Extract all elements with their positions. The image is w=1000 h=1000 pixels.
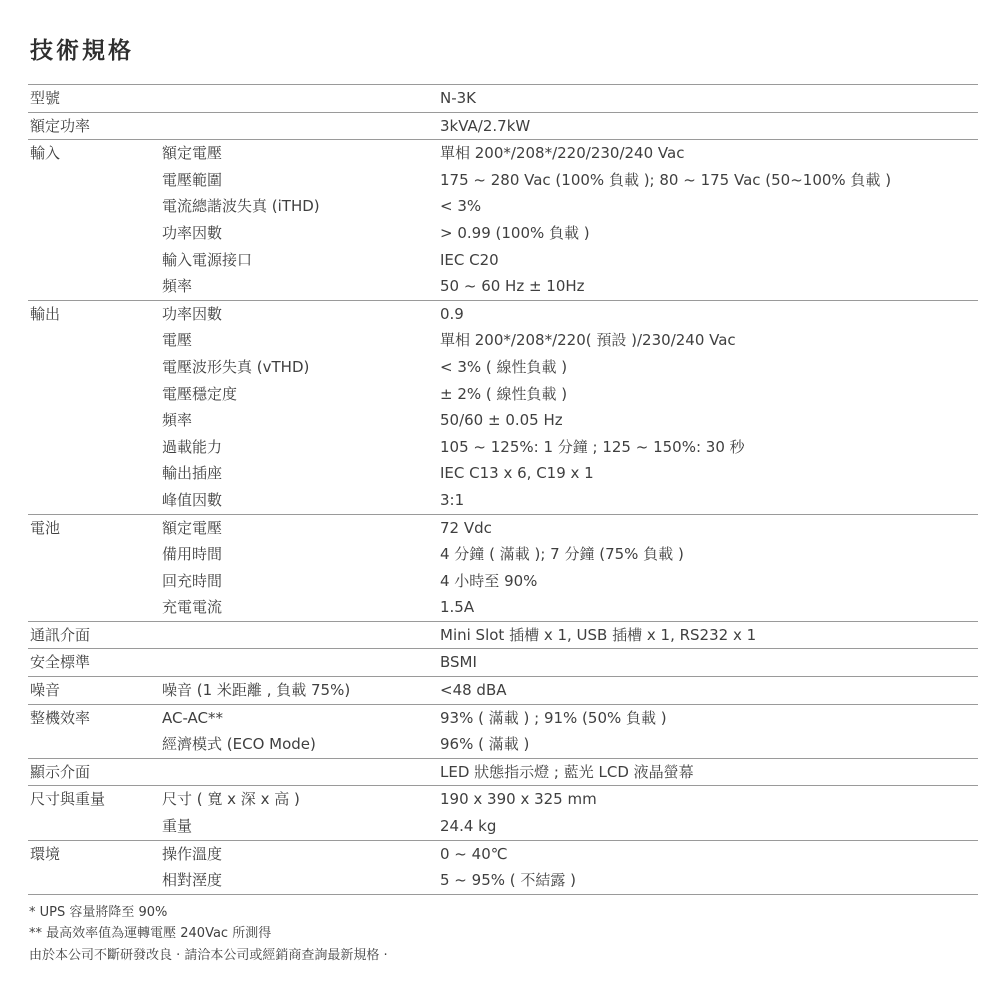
spec-value: <48 dBA [440,677,978,704]
spec-row: 通訊介面Mini Slot 插槽 x 1, USB 插槽 x 1, RS232 … [28,622,978,650]
spec-value: 單相 200*/208*/220( 預設 )/230/240 Vac [440,327,978,354]
spec-value: N-3K [440,85,978,112]
spec-item: 輸入電源接口IEC C20 [162,247,978,274]
footnote: 由於本公司不斷研發改良 · 請洽本公司或經銷商查詢最新規格 · [29,945,978,967]
spec-label: 電壓波形失真 (vTHD) [162,354,440,381]
spec-row: 型號N-3K [28,85,978,113]
spec-row: 額定功率3kVA/2.7kW [28,113,978,141]
row-items: BSMI [162,649,978,676]
spec-item: 電壓單相 200*/208*/220( 預設 )/230/240 Vac [162,327,978,354]
spec-row: 環境操作溫度0 ~ 40℃相對溼度5 ~ 95% ( 不結露 ) [28,841,978,895]
spec-item: 相對溼度5 ~ 95% ( 不結露 ) [162,867,978,894]
spec-item: 回充時間4 小時至 90% [162,568,978,595]
spec-row: 電池額定電壓72 Vdc備用時間4 分鐘 ( 滿載 ); 7 分鐘 (75% 負… [28,515,978,622]
spec-label: 額定電壓 [162,515,440,542]
spec-value: 單相 200*/208*/220/230/240 Vac [440,140,978,167]
spec-label: 功率因數 [162,220,440,247]
spec-item: 充電電流1.5A [162,594,978,621]
spec-label: 尺寸 ( 寬 x 深 x 高 ) [162,786,440,813]
spec-label [162,113,440,140]
row-items: 額定電壓72 Vdc備用時間4 分鐘 ( 滿載 ); 7 分鐘 (75% 負載 … [162,515,978,621]
row-category: 通訊介面 [28,622,162,649]
spec-value: 0 ~ 40℃ [440,841,978,868]
spec-table: 型號N-3K額定功率3kVA/2.7kW輸入額定電壓單相 200*/208*/2… [28,84,978,895]
row-category: 輸出 [28,301,162,514]
spec-item: 電壓範圍175 ~ 280 Vac (100% 負載 ); 80 ~ 175 V… [162,167,978,194]
spec-item: 3kVA/2.7kW [162,113,978,140]
spec-row: 噪音噪音 (1 米距離 , 負載 75%)<48 dBA [28,677,978,705]
spec-value: < 3% [440,193,978,220]
footnote: ** 最高效率值為運轉電壓 240Vac 所測得 [29,923,978,945]
spec-row: 輸出功率因數0.9電壓單相 200*/208*/220( 預設 )/230/24… [28,301,978,515]
spec-value: > 0.99 (100% 負載 ) [440,220,978,247]
spec-label: 相對溼度 [162,867,440,894]
spec-item: 功率因數0.9 [162,301,978,328]
spec-label: 回充時間 [162,568,440,595]
spec-item: 重量24.4 kg [162,813,978,840]
spec-value: 24.4 kg [440,813,978,840]
row-category: 安全標準 [28,649,162,676]
spec-label: 噪音 (1 米距離 , 負載 75%) [162,677,440,704]
spec-item: 額定電壓72 Vdc [162,515,978,542]
row-category: 輸入 [28,140,162,300]
spec-value: 3:1 [440,487,978,514]
spec-row: 尺寸與重量尺寸 ( 寬 x 深 x 高 )190 x 390 x 325 mm重… [28,786,978,840]
spec-label: 經濟模式 (ECO Mode) [162,731,440,758]
spec-item: 峰值因數3:1 [162,487,978,514]
row-category: 尺寸與重量 [28,786,162,839]
spec-value: 175 ~ 280 Vac (100% 負載 ); 80 ~ 175 Vac (… [440,167,978,194]
spec-label: 電壓範圍 [162,167,440,194]
spec-item: 頻率50/60 ± 0.05 Hz [162,407,978,434]
spec-item: 輸出插座IEC C13 x 6, C19 x 1 [162,460,978,487]
row-items: Mini Slot 插槽 x 1, USB 插槽 x 1, RS232 x 1 [162,622,978,649]
spec-label: 備用時間 [162,541,440,568]
row-category: 額定功率 [28,113,162,140]
spec-page: 技術規格 型號N-3K額定功率3kVA/2.7kW輸入額定電壓單相 200*/2… [0,0,1000,966]
row-category: 顯示介面 [28,759,162,786]
row-items: 噪音 (1 米距離 , 負載 75%)<48 dBA [162,677,978,704]
spec-value: LED 狀態指示燈 ; 藍光 LCD 液晶螢幕 [440,759,978,786]
spec-value: 93% ( 滿載 ) ; 91% (50% 負載 ) [440,705,978,732]
row-category: 環境 [28,841,162,894]
spec-label [162,85,440,112]
spec-item: 功率因數> 0.99 (100% 負載 ) [162,220,978,247]
spec-item: 噪音 (1 米距離 , 負載 75%)<48 dBA [162,677,978,704]
footnote: * UPS 容量將降至 90% [29,902,978,924]
spec-row: 輸入額定電壓單相 200*/208*/220/230/240 Vac電壓範圍17… [28,140,978,301]
spec-row: 安全標準BSMI [28,649,978,677]
spec-item: 電壓波形失真 (vTHD)< 3% ( 線性負載 ) [162,354,978,381]
spec-item: 頻率50 ~ 60 Hz ± 10Hz [162,273,978,300]
row-category: 電池 [28,515,162,621]
spec-value: 3kVA/2.7kW [440,113,978,140]
row-items: 3kVA/2.7kW [162,113,978,140]
spec-label: 充電電流 [162,594,440,621]
row-items: 功率因數0.9電壓單相 200*/208*/220( 預設 )/230/240 … [162,301,978,514]
spec-label: 電壓 [162,327,440,354]
spec-value: 1.5A [440,594,978,621]
spec-value: Mini Slot 插槽 x 1, USB 插槽 x 1, RS232 x 1 [440,622,978,649]
spec-label: 輸出插座 [162,460,440,487]
spec-label [162,622,440,649]
spec-label: 操作溫度 [162,841,440,868]
spec-value: 0.9 [440,301,978,328]
spec-value: 105 ~ 125%: 1 分鐘 ; 125 ~ 150%: 30 秒 [440,434,978,461]
spec-item: 備用時間4 分鐘 ( 滿載 ); 7 分鐘 (75% 負載 ) [162,541,978,568]
spec-item: Mini Slot 插槽 x 1, USB 插槽 x 1, RS232 x 1 [162,622,978,649]
row-items: LED 狀態指示燈 ; 藍光 LCD 液晶螢幕 [162,759,978,786]
spec-item: 額定電壓單相 200*/208*/220/230/240 Vac [162,140,978,167]
spec-label: 重量 [162,813,440,840]
spec-label: 頻率 [162,407,440,434]
spec-item: 電壓穩定度± 2% ( 線性負載 ) [162,381,978,408]
spec-label: 電壓穩定度 [162,381,440,408]
spec-row: 顯示介面LED 狀態指示燈 ; 藍光 LCD 液晶螢幕 [28,759,978,787]
spec-item: LED 狀態指示燈 ; 藍光 LCD 液晶螢幕 [162,759,978,786]
spec-label [162,759,440,786]
spec-label: 過載能力 [162,434,440,461]
spec-value: 50/60 ± 0.05 Hz [440,407,978,434]
spec-item: 尺寸 ( 寬 x 深 x 高 )190 x 390 x 325 mm [162,786,978,813]
spec-label: 峰值因數 [162,487,440,514]
spec-value: 190 x 390 x 325 mm [440,786,978,813]
page-title: 技術規格 [30,32,978,65]
spec-value: ± 2% ( 線性負載 ) [440,381,978,408]
spec-item: N-3K [162,85,978,112]
spec-value: 5 ~ 95% ( 不結露 ) [440,867,978,894]
spec-value: IEC C20 [440,247,978,274]
spec-item: 經濟模式 (ECO Mode)96% ( 滿載 ) [162,731,978,758]
spec-value: 50 ~ 60 Hz ± 10Hz [440,273,978,300]
spec-label: 額定電壓 [162,140,440,167]
footnotes: * UPS 容量將降至 90%** 最高效率值為運轉電壓 240Vac 所測得由… [28,902,978,967]
spec-value: 72 Vdc [440,515,978,542]
row-items: 尺寸 ( 寬 x 深 x 高 )190 x 390 x 325 mm重量24.4… [162,786,978,839]
row-items: AC-AC**93% ( 滿載 ) ; 91% (50% 負載 )經濟模式 (E… [162,705,978,758]
spec-value: 4 分鐘 ( 滿載 ); 7 分鐘 (75% 負載 ) [440,541,978,568]
row-items: N-3K [162,85,978,112]
spec-label [162,649,440,676]
spec-row: 整機效率AC-AC**93% ( 滿載 ) ; 91% (50% 負載 )經濟模… [28,705,978,759]
spec-value: < 3% ( 線性負載 ) [440,354,978,381]
spec-item: 操作溫度0 ~ 40℃ [162,841,978,868]
spec-value: BSMI [440,649,978,676]
spec-item: AC-AC**93% ( 滿載 ) ; 91% (50% 負載 ) [162,705,978,732]
spec-value: 96% ( 滿載 ) [440,731,978,758]
spec-label: 電流總諧波失真 (iTHD) [162,193,440,220]
row-category: 型號 [28,85,162,112]
row-category: 噪音 [28,677,162,704]
row-items: 額定電壓單相 200*/208*/220/230/240 Vac電壓範圍175 … [162,140,978,300]
row-items: 操作溫度0 ~ 40℃相對溼度5 ~ 95% ( 不結露 ) [162,841,978,894]
spec-item: 過載能力105 ~ 125%: 1 分鐘 ; 125 ~ 150%: 30 秒 [162,434,978,461]
spec-value: IEC C13 x 6, C19 x 1 [440,460,978,487]
spec-item: 電流總諧波失真 (iTHD)< 3% [162,193,978,220]
spec-value: 4 小時至 90% [440,568,978,595]
spec-label: 頻率 [162,273,440,300]
spec-label: 功率因數 [162,301,440,328]
row-category: 整機效率 [28,705,162,758]
spec-label: 輸入電源接口 [162,247,440,274]
spec-label: AC-AC** [162,705,440,732]
spec-item: BSMI [162,649,978,676]
